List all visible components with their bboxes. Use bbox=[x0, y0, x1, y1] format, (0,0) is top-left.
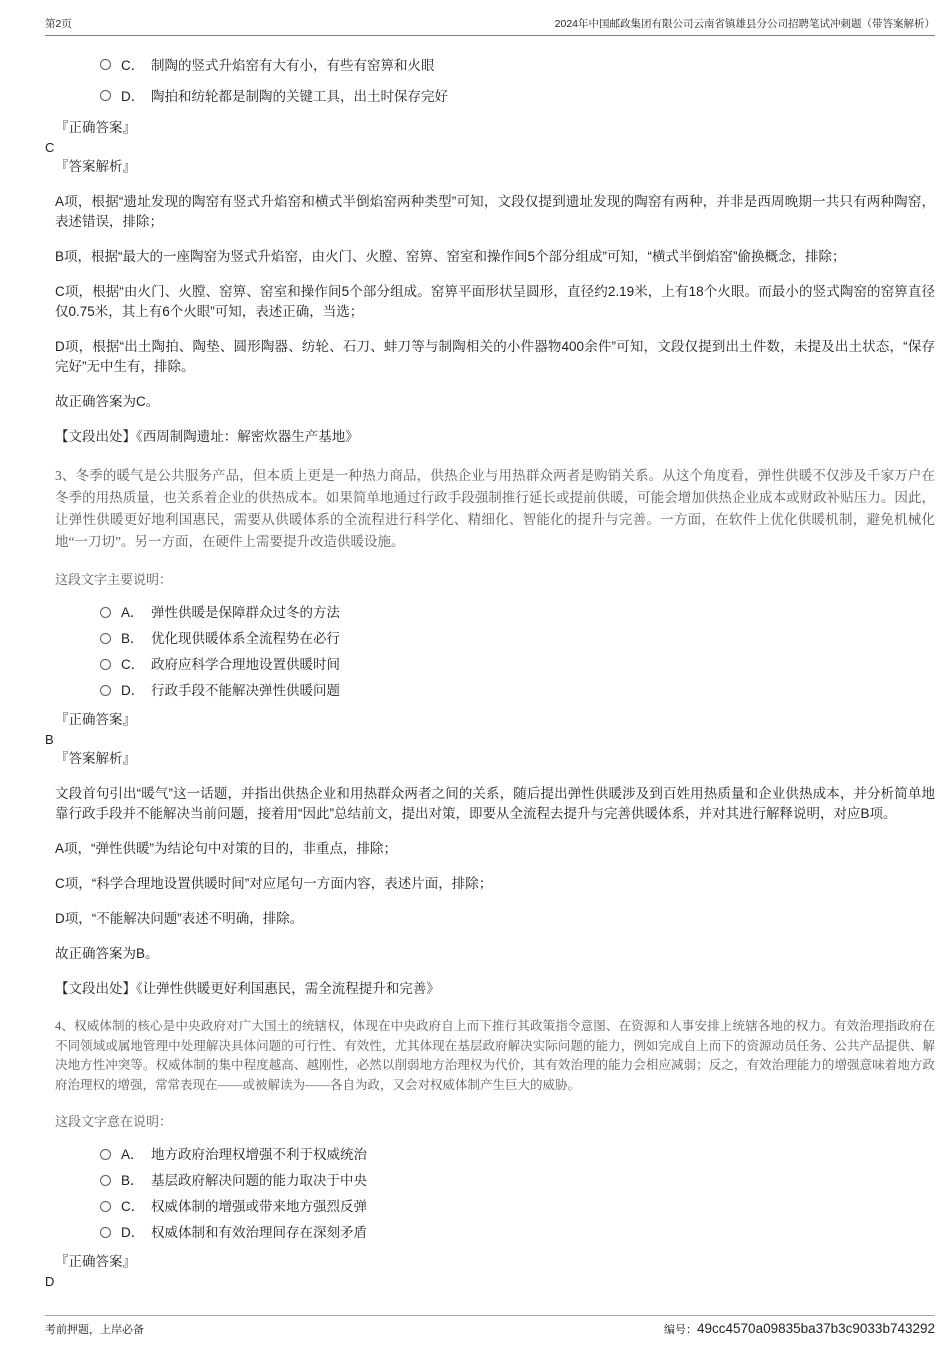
option-letter: C． bbox=[121, 653, 151, 673]
correct-answer-label: 『正确答案』 bbox=[55, 710, 935, 730]
question-stem: 4、权威体制的核心是中央政府对广大国土的统辖权，体现在中央政府自上而下推行其政策… bbox=[55, 1017, 935, 1095]
option-row: C． 权威体制的增强或带来地方强烈反弹 bbox=[100, 1192, 935, 1218]
correct-answer-value: C bbox=[45, 138, 935, 157]
option-text: 基层政府解决问题的能力取决于中央 bbox=[151, 1169, 367, 1189]
option-text: 权威体制和有效治理间存在深刻矛盾 bbox=[151, 1221, 367, 1241]
option-letter: C． bbox=[121, 54, 151, 74]
analysis-paragraph: A项，“弹性供暖”为结论句中对策的目的，非重点，排除； bbox=[55, 839, 935, 859]
footer-serial: 编号：49cc4570a09835ba37b3c9033b743292 bbox=[664, 1321, 935, 1337]
option-radio[interactable] bbox=[100, 90, 111, 101]
correct-answer-value: D bbox=[45, 1272, 935, 1291]
option-text: 制陶的竖式升焰窑有大有小，有些有窑箅和火眼 bbox=[151, 54, 435, 74]
correct-answer-value: B bbox=[45, 730, 935, 749]
correct-answer-label: 『正确答案』 bbox=[55, 1252, 935, 1272]
option-row: C． 政府应科学合理地设置供暖时间 bbox=[100, 650, 935, 676]
analysis-paragraph: D项，“不能解决问题”表述不明确，排除。 bbox=[55, 909, 935, 929]
page-footer: 考前押题，上岸必备 编号：49cc4570a09835ba37b3c9033b7… bbox=[45, 1315, 935, 1337]
analysis-conclusion: 故正确答案为C。 bbox=[55, 392, 935, 412]
footer-serial-label: 编号： bbox=[664, 1324, 697, 1336]
analysis-paragraph: 文段首句引出“暖气”这一话题，并指出供热企业和用热群众两者之间的关系，随后提出弹… bbox=[55, 784, 935, 824]
option-row: D． 权威体制和有效治理间存在深刻矛盾 bbox=[100, 1218, 935, 1244]
option-radio[interactable] bbox=[100, 1175, 111, 1186]
analysis-conclusion: 故正确答案为B。 bbox=[55, 944, 935, 964]
option-letter: A． bbox=[121, 1143, 151, 1163]
option-text: 优化现供暖体系全流程势在必行 bbox=[151, 627, 340, 647]
option-radio[interactable] bbox=[100, 659, 111, 670]
footer-serial-value: 49cc4570a09835ba37b3c9033b743292 bbox=[697, 1321, 935, 1336]
analysis-paragraph: C项，根据“由火门、火膛、窑箅、窑室和操作间5个部分组成。窑箅平面形状呈圆形，直… bbox=[55, 282, 935, 322]
option-letter: A． bbox=[121, 601, 151, 621]
question-prompt: 这段文字主要说明： bbox=[55, 569, 935, 588]
page-header: 第2页 2024年中国邮政集团有限公司云南省镇雄县分公司招聘笔试冲刺题（带答案解… bbox=[45, 16, 935, 36]
answer-source: 【文段出处】《让弹性供暖更好利国惠民，需全流程提升和完善》 bbox=[55, 979, 935, 999]
option-row: C． 制陶的竖式升焰窑有大有小，有些有窑箅和火眼 bbox=[100, 48, 935, 79]
page-number: 第2页 bbox=[45, 16, 72, 31]
analysis-paragraph: C项，“科学合理地设置供暖时间”对应尾句一方面内容，表述片面，排除； bbox=[55, 874, 935, 894]
option-letter: D． bbox=[121, 1221, 151, 1241]
analysis-paragraph: B项，根据“最大的一座陶窑为竖式升焰窑，由火门、火膛、窑箅、窑室和操作间5个部分… bbox=[55, 247, 935, 267]
option-letter: C． bbox=[121, 1195, 151, 1215]
correct-answer-label: 『正确答案』 bbox=[55, 118, 935, 138]
option-letter: D． bbox=[121, 85, 151, 105]
option-text: 权威体制的增强或带来地方强烈反弹 bbox=[151, 1195, 367, 1215]
doc-title: 2024年中国邮政集团有限公司云南省镇雄县分公司招聘笔试冲刺题（带答案解析） bbox=[555, 16, 935, 31]
question-prompt: 这段文字意在说明： bbox=[55, 1111, 935, 1130]
option-row: B． 优化现供暖体系全流程势在必行 bbox=[100, 624, 935, 650]
option-letter: D． bbox=[121, 679, 151, 699]
option-text: 行政手段不能解决弹性供暖问题 bbox=[151, 679, 340, 699]
option-radio[interactable] bbox=[100, 1201, 111, 1212]
analysis-paragraph: A项，根据“遗址发现的陶窑有竖式升焰窑和横式半倒焰窑两种类型”可知，文段仅提到遗… bbox=[55, 192, 935, 232]
option-text: 政府应科学合理地设置供暖时间 bbox=[151, 653, 340, 673]
option-letter: B． bbox=[121, 1169, 151, 1189]
option-row: A． 弹性供暖是保障群众过冬的方法 bbox=[100, 598, 935, 624]
analysis-label: 『答案解析』 bbox=[55, 157, 935, 177]
analysis-paragraph: D项，根据“出土陶拍、陶垫、圆形陶器、纺轮、石刀、蚌刀等与制陶相关的小件器物40… bbox=[55, 337, 935, 377]
footer-slogan: 考前押题，上岸必备 bbox=[45, 1321, 144, 1337]
option-radio[interactable] bbox=[100, 685, 111, 696]
option-radio[interactable] bbox=[100, 607, 111, 618]
option-radio[interactable] bbox=[100, 1227, 111, 1238]
answer-source: 【文段出处】《西周制陶遗址：解密炊器生产基地》 bbox=[55, 427, 935, 447]
option-row: A． 地方政府治理权增强不利于权威统治 bbox=[100, 1140, 935, 1166]
option-row: B． 基层政府解决问题的能力取决于中央 bbox=[100, 1166, 935, 1192]
option-row: D． 行政手段不能解决弹性供暖问题 bbox=[100, 676, 935, 702]
option-row: D． 陶拍和纺轮都是制陶的关键工具，出土时保存完好 bbox=[100, 79, 935, 110]
document-page: 第2页 2024年中国邮政集团有限公司云南省镇雄县分公司招聘笔试冲刺题（带答案解… bbox=[0, 0, 950, 1345]
option-radio[interactable] bbox=[100, 1149, 111, 1160]
option-text: 陶拍和纺轮都是制陶的关键工具，出土时保存完好 bbox=[151, 85, 448, 105]
question-stem: 3、冬季的暖气是公共服务产品，但本质上更是一种热力商品，供热企业与用热群众两者是… bbox=[55, 465, 935, 553]
option-letter: B． bbox=[121, 627, 151, 647]
option-text: 地方政府治理权增强不利于权威统治 bbox=[151, 1143, 367, 1163]
option-radio[interactable] bbox=[100, 633, 111, 644]
option-text: 弹性供暖是保障群众过冬的方法 bbox=[151, 601, 340, 621]
option-radio[interactable] bbox=[100, 59, 111, 70]
analysis-label: 『答案解析』 bbox=[55, 749, 935, 769]
